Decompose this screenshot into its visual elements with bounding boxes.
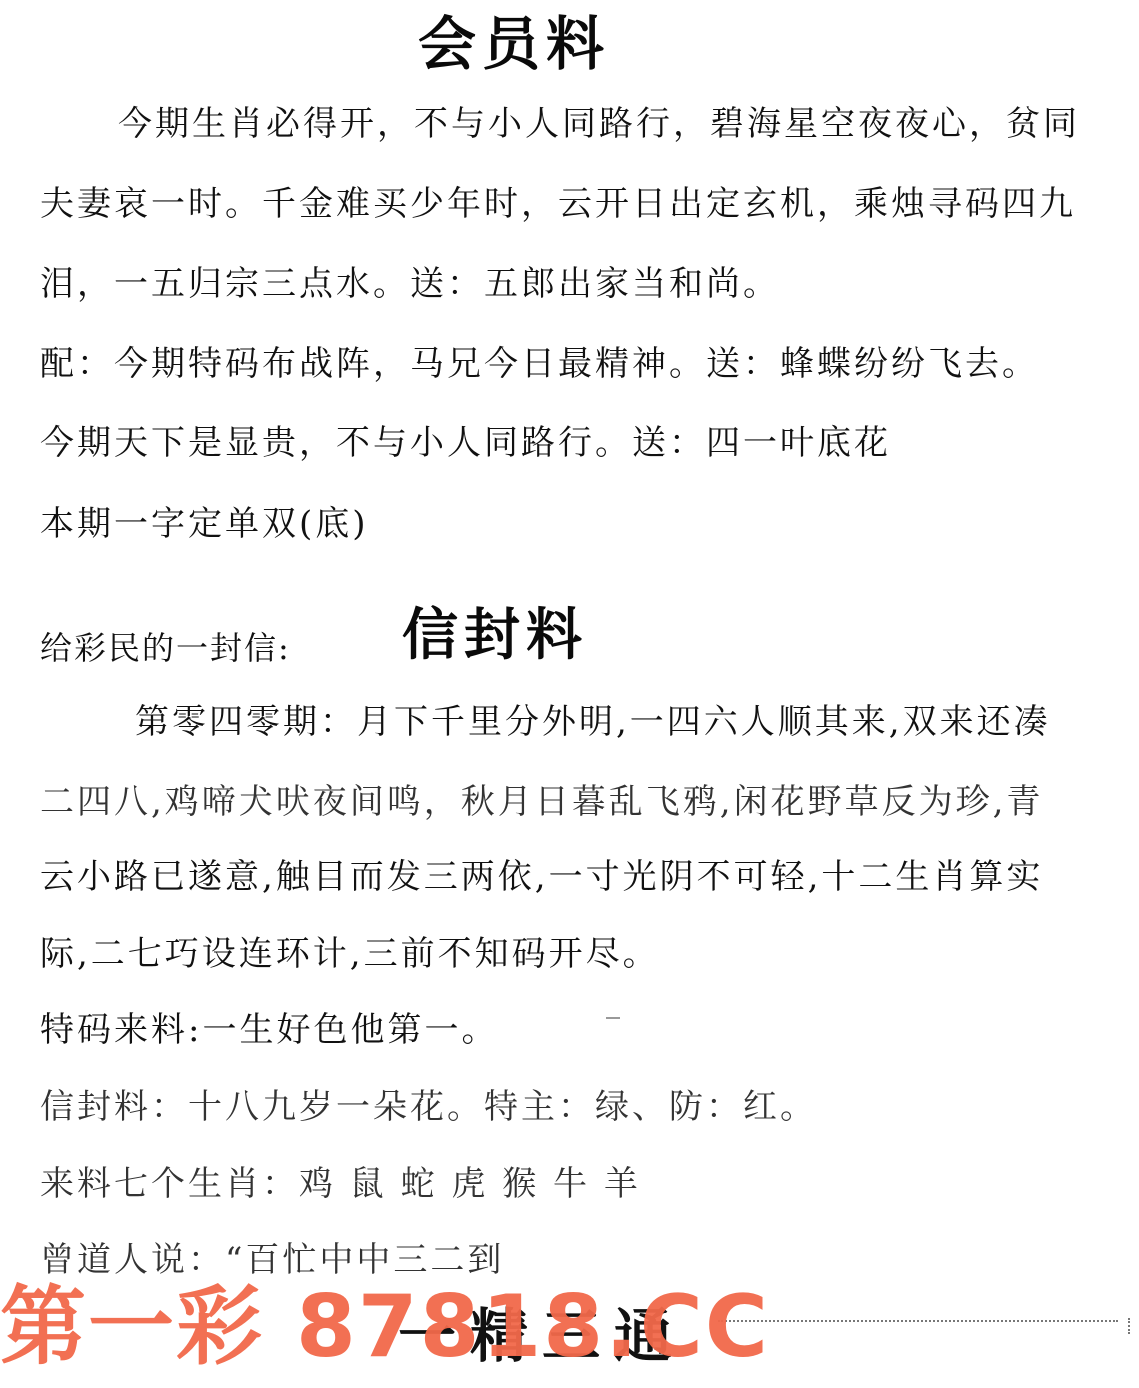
scan-dash-mark bbox=[606, 1017, 620, 1019]
special-code-line: 特码来料:一生好色他第一。 bbox=[40, 1008, 498, 1052]
member-line-5: 今期天下是显贵，不与小人同路行。送：四一叶底花 bbox=[40, 421, 891, 465]
footer-phrase: 一精三通 bbox=[398, 1300, 686, 1372]
member-line-6: 本期一字定单双(底) bbox=[40, 502, 369, 546]
dotted-rule bbox=[718, 1320, 1118, 1322]
member-section-title: 会员料 bbox=[418, 8, 610, 80]
poem-line-3: 云小路已遂意,触目而发三两依,一寸光阴不可轻,十二生肖算实 bbox=[40, 855, 1043, 899]
member-line-4: 配：今期特码布战阵，马兄今日最精神。送：蜂蝶纷纷飞去。 bbox=[40, 342, 1039, 386]
saying-line: 曾道人说：“百忙中中三二到 bbox=[40, 1238, 504, 1282]
poem-line-2: 二四八,鸡啼犬吠夜间鸣，秋月日暮乱飞鸦,闲花野草反为珍,青 bbox=[40, 780, 1043, 824]
poem-line-4: 际,二七巧设连环计,三前不知码开尽。 bbox=[40, 932, 660, 976]
member-line-1: 今期生肖必得开，不与小人同路行，碧海星空夜夜心，贫同 bbox=[118, 102, 1080, 146]
envelope-material-line: 信封料：十八九岁一朵花。特主：绿、防：红。 bbox=[40, 1085, 817, 1129]
member-line-3: 泪，一五归宗三点水。送：五郎出家当和尚。 bbox=[40, 262, 780, 306]
document-page: 会员料 今期生肖必得开，不与小人同路行，碧海星空夜夜心，贫同 夫妻哀一时。千金难… bbox=[0, 0, 1139, 1388]
seven-zodiacs-line: 来料七个生肖：鸡 鼠 蛇 虎 猴 牛 羊 bbox=[40, 1162, 641, 1206]
dotted-tick bbox=[1128, 1318, 1132, 1334]
envelope-section-title: 信封料 bbox=[402, 600, 588, 670]
letter-to-players-label: 给彩民的一封信: bbox=[40, 626, 291, 670]
member-line-2: 夫妻哀一时。千金难买少年时，云开日出定玄机，乘烛寻码四九 bbox=[40, 182, 1076, 226]
poem-line-1: 第零四零期：月下千里分外明,一四六人顺其来,双来还凑 bbox=[135, 700, 1051, 744]
